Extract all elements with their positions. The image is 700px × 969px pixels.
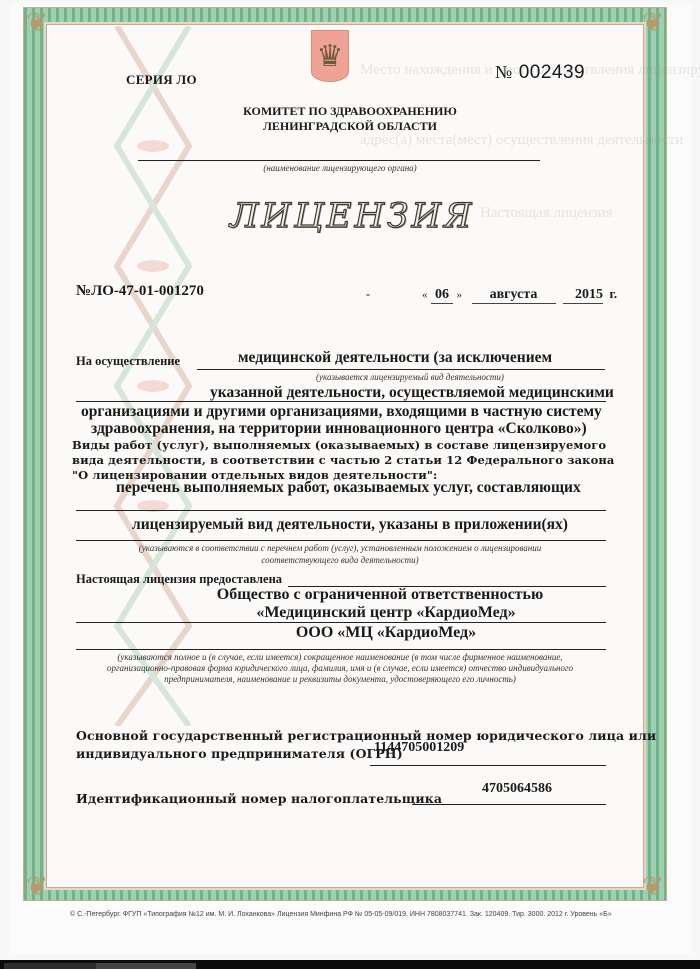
- date-year-suffix: г.: [610, 286, 618, 302]
- licensee-caption-2: организационно-правовая форма юридическо…: [60, 663, 620, 673]
- scan-edge: [0, 960, 700, 969]
- licensee-caption-1: (указываются полное и (в случае, если им…: [60, 652, 620, 662]
- corner-ornament-icon: ❦: [22, 870, 52, 904]
- corner-ornament-icon: ❦: [638, 870, 668, 904]
- activity-caption: (указывается лицензируемый вид деятельно…: [260, 372, 560, 382]
- works-underline-2: [76, 540, 606, 541]
- activity-line-1: медицинской деятельности (за исключением: [238, 349, 552, 367]
- licensee-underline-2: [76, 649, 606, 650]
- license-number: №ЛО-47-01-001270: [76, 283, 204, 300]
- works-caption-2: соответствующего вида деятельности): [80, 555, 600, 565]
- activity-line-3: организациями и другими организациями, в…: [81, 403, 602, 421]
- works-intro-line-1: Виды работ (услуг), выполняемых (оказыва…: [72, 438, 606, 452]
- activity-line-2: указанной деятельности, осуществляемой м…: [210, 384, 614, 402]
- corner-ornament-icon: ❦: [638, 6, 668, 40]
- dash-mark: -: [366, 287, 370, 302]
- ogrn-label-line-2: индивидуального предпринимателя (ОГРН): [76, 746, 403, 761]
- inn-label: Идентификационный номер налогоплательщик…: [76, 791, 442, 806]
- licensee-label: Настоящая лицензия предоставлена: [76, 572, 282, 587]
- ghost-text: адрес(а) места(мест) осуществления деяте…: [360, 132, 683, 149]
- licensee-line-2: «Медицинский центр «КардиоМед»: [0, 604, 700, 622]
- works-line-1: перечень выполняемых работ, оказываемых …: [116, 479, 581, 497]
- authority-line-2: ЛЕНИНГРАДСКОЙ ОБЛАСТИ: [200, 119, 500, 134]
- corner-ornament-icon: ❦: [22, 6, 52, 40]
- authority-caption: (наименование лицензирующего органа): [200, 163, 480, 173]
- date-close-quote: »: [457, 289, 463, 301]
- ghost-text: Настоящая лицензия: [480, 205, 613, 222]
- printer-imprint: © С.-Петербург. ФГУП «Типография №12 им.…: [70, 911, 630, 918]
- authority-underline: [138, 160, 540, 161]
- document-title: ЛИЦЕНЗИЯ: [230, 196, 460, 236]
- series-label: СЕРИЯ ЛО: [126, 72, 197, 88]
- licensee-line-1: Общество с ограниченной ответственностью: [0, 586, 700, 604]
- activity-label: На осуществление: [76, 354, 180, 369]
- issue-date: « 06 » августа 2015 г.: [422, 286, 617, 304]
- works-caption-1: (указываются в соответствии с перечнем р…: [80, 543, 600, 553]
- date-day: 06: [431, 287, 453, 304]
- works-underline-1: [76, 510, 606, 511]
- ogrn-value: 1144705001209: [374, 740, 464, 756]
- form-number-value: 002439: [519, 62, 585, 83]
- activity-line-4: здравоохранения, на территории инновацио…: [91, 420, 587, 438]
- licensee-underline-1: [76, 622, 606, 623]
- works-line-2: лицензируемый вид деятельности, указаны …: [132, 516, 568, 534]
- date-open-quote: «: [422, 289, 428, 301]
- ogrn-underline: [370, 765, 606, 766]
- activity-underline-2: [76, 401, 606, 402]
- inn-underline: [412, 804, 606, 805]
- licensee-line-3: ООО «МЦ «КардиоМед»: [0, 624, 700, 642]
- licensing-authority: КОМИТЕТ ПО ЗДРАВООХРАНЕНИЮ ЛЕНИНГРАДСКОЙ…: [200, 104, 500, 134]
- russian-coat-of-arms-icon: ♛: [311, 30, 349, 82]
- date-year: 2015: [563, 287, 603, 304]
- licensee-caption-3: предпринимателя, наименование и реквизит…: [60, 674, 620, 684]
- ogrn-label-line-1: Основной государственный регистрационный…: [76, 728, 656, 743]
- inn-value: 4705064586: [482, 781, 552, 797]
- number-sign: №: [495, 62, 513, 82]
- form-number: №002439: [495, 62, 585, 84]
- works-intro-line-2: вида деятельности, в соответствии с част…: [72, 453, 614, 467]
- activity-underline: [197, 369, 605, 370]
- authority-line-1: КОМИТЕТ ПО ЗДРАВООХРАНЕНИЮ: [200, 104, 500, 119]
- date-month: августа: [472, 287, 556, 304]
